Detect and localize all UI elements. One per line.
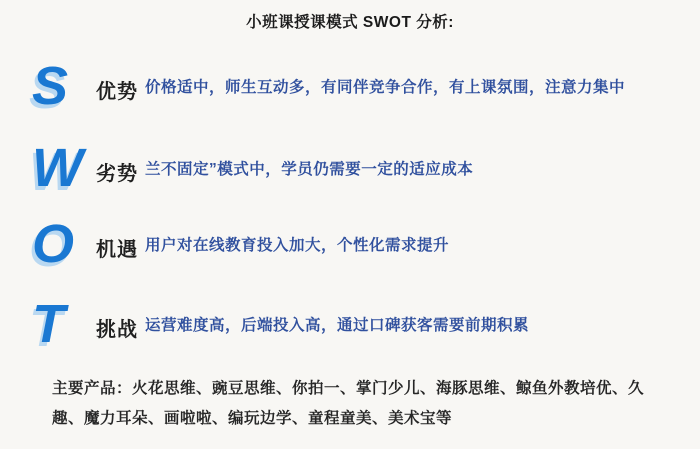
- swot-description: 价格适中，师生互动多，有同伴竞争合作，有上课氛围，注意力集中: [145, 75, 692, 97]
- swot-row: W 劣势 兰不固定”模式中，学员仍需要一定的适应成本: [32, 140, 692, 196]
- swot-letter: W: [32, 141, 83, 195]
- swot-letter: O: [32, 217, 74, 271]
- page-title: 小班课授课模式 SWOT 分析:: [0, 10, 700, 32]
- swot-description: 兰不固定”模式中，学员仍需要一定的适应成本: [145, 157, 692, 179]
- swot-description: 用户对在线教育投入加大，个性化需求提升: [145, 233, 692, 255]
- swot-row: T 挑战 运营难度高，后端投入高，通过口碑获客需要前期积累: [32, 296, 692, 352]
- swot-row: S 优势 价格适中，师生互动多，有同伴竞争合作，有上课氛围，注意力集中: [32, 58, 692, 114]
- swot-letter-box: S: [32, 59, 96, 113]
- swot-description: 运营难度高，后端投入高，通过口碑获客需要前期积累: [145, 313, 692, 335]
- swot-label: 劣势: [96, 157, 138, 186]
- swot-letter-box: O: [32, 217, 96, 271]
- swot-analysis-page: 小班课授课模式 SWOT 分析: S 优势 价格适中，师生互动多，有同伴竞争合作…: [0, 0, 700, 449]
- swot-letter: S: [32, 59, 68, 113]
- swot-letter-box: W: [32, 141, 96, 195]
- swot-label: 挑战: [96, 313, 138, 342]
- swot-label: 机遇: [96, 233, 138, 262]
- products-note: 主要产品：火花思维、豌豆思维、你拍一、掌门少儿、海豚思维、鲸鱼外教培优、久趣、魔…: [52, 374, 674, 434]
- swot-row: O 机遇 用户对在线教育投入加大，个性化需求提升: [32, 216, 692, 272]
- swot-label: 优势: [96, 75, 138, 104]
- swot-letter: T: [32, 297, 65, 351]
- swot-letter-box: T: [32, 297, 96, 351]
